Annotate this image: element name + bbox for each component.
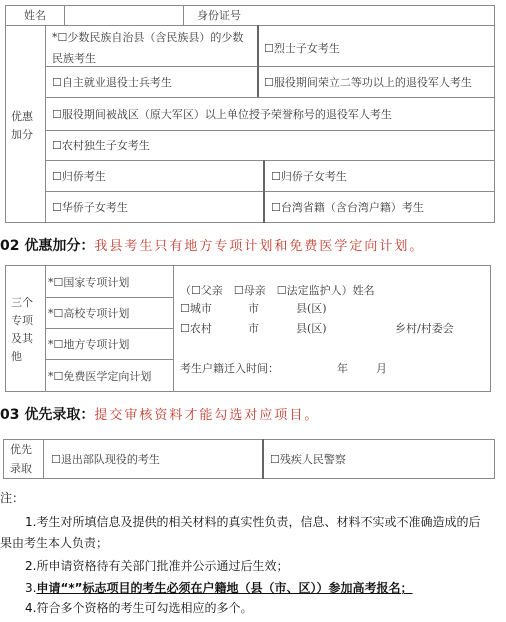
checkbox-local-plan[interactable]: *☐地方专项计划 [48, 338, 129, 352]
priority-group-label: 优先 [10, 443, 32, 457]
note-3: 3.申请“*”标志项目的考生必须在户籍地（县（市、区））参加高考报名； [25, 580, 413, 596]
note-4: 4.符合多个资格的考生可勾选相应的多个。 [25, 600, 252, 616]
id-number-field[interactable] [270, 6, 494, 25]
section-02-heading: 02 优惠加分：我县考生只有地方专项计划和免费医学定向计划。 [0, 235, 424, 255]
section-03-note: 提交审核资料才能勾选对应项目。 [94, 408, 319, 423]
special-group-label: 及其 [11, 332, 33, 346]
checkbox-discharged-soldier[interactable]: ☐退出部队现役的考生 [51, 453, 160, 467]
bonus-group-label: 优惠 [11, 110, 33, 124]
checkbox-disabled-police[interactable]: ☐残疾人民警察 [270, 453, 346, 467]
checkbox-overseas-chinese-children[interactable]: ☐华侨子女考生 [52, 201, 128, 215]
name-label: 姓名 [24, 9, 46, 23]
checkbox-returned-overseas[interactable]: ☐归侨考生 [52, 170, 106, 184]
priority-group-label: 录取 [10, 462, 32, 476]
section-02-note: 我县考生只有地方专项计划和免费医学定向计划。 [94, 239, 424, 254]
city-suffix: 市 [248, 322, 259, 336]
year-suffix: 年 [337, 362, 348, 376]
special-group-label: 专项 [11, 314, 33, 328]
checkbox-national-plan[interactable]: *☐国家专项计划 [48, 276, 129, 290]
section-03-heading: 03 优先录取：提交审核资料才能勾选对应项目。 [0, 404, 319, 424]
checkbox-university-plan[interactable]: *☐高校专项计划 [48, 307, 129, 321]
guardian-type-checkboxes[interactable]: （☐父亲 ☐母亲 ☐法定监护人）姓名 [180, 284, 375, 298]
checkbox-honored-veteran[interactable]: ☐服役期间被战区（原大军区）以上单位授予荣誉称号的退役军人考生 [52, 108, 392, 122]
bonus-group-label: 加分 [11, 128, 33, 142]
checkbox-ethnic-minority-cont: 民族考生 [52, 52, 96, 66]
hukou-move-time-label: 考生户籍迁入时间： [180, 362, 279, 376]
checkbox-merit-veteran[interactable]: ☐服役期间荣立二等功以上的退役军人考生 [264, 76, 472, 90]
special-group-label: 他 [11, 350, 22, 364]
city-suffix: 市 [248, 302, 259, 316]
checkbox-rural-only-child[interactable]: ☐农村独生子女考生 [52, 139, 150, 153]
month-suffix: 月 [376, 362, 387, 376]
id-number-label: 身份证号 [197, 9, 241, 23]
county-suffix: 县(区) [296, 322, 327, 336]
checkbox-martyr-children[interactable]: ☐烈士子女考生 [264, 42, 340, 56]
checkbox-retired-soldier[interactable]: ☐自主就业退役士兵考生 [52, 76, 172, 90]
checkbox-city[interactable]: ☐城市 [180, 302, 212, 316]
note-1-cont: 果由考生本人负责； [0, 535, 108, 551]
section-02-title: 02 优惠加分： [0, 238, 94, 254]
note-3-prefix: 3. [25, 581, 36, 595]
note-2: 2.所申请资格待有关部门批准并公示通过后生效； [25, 558, 288, 574]
county-suffix: 县(区) [296, 302, 327, 316]
checkbox-returned-overseas-children[interactable]: ☐归侨子女考生 [271, 170, 347, 184]
checkbox-free-medical-plan[interactable]: *☐免费医学定向计划 [48, 370, 151, 384]
note-3-bold: 申请“*”标志项目的考生必须在户籍地（县（市、区））参加高考报名； [36, 581, 412, 595]
special-group-label: 三个 [11, 296, 33, 310]
note-1: 1.考生对所填信息及提供的相关材料的真实性负责，信息、材料不实或不准确造成的后 [25, 514, 480, 530]
village-suffix: 乡村/村委会 [395, 322, 454, 336]
section-03-title: 03 优先录取： [0, 407, 94, 423]
checkbox-rural[interactable]: ☐农村 [180, 322, 212, 336]
name-field[interactable] [65, 6, 182, 25]
checkbox-taiwan[interactable]: ☐台湾省籍（含台湾户籍）考生 [271, 201, 424, 215]
notes-title: 注： [0, 490, 24, 506]
checkbox-ethnic-minority[interactable]: *☐少数民族自治县（含民族县）的少数 [52, 31, 243, 45]
